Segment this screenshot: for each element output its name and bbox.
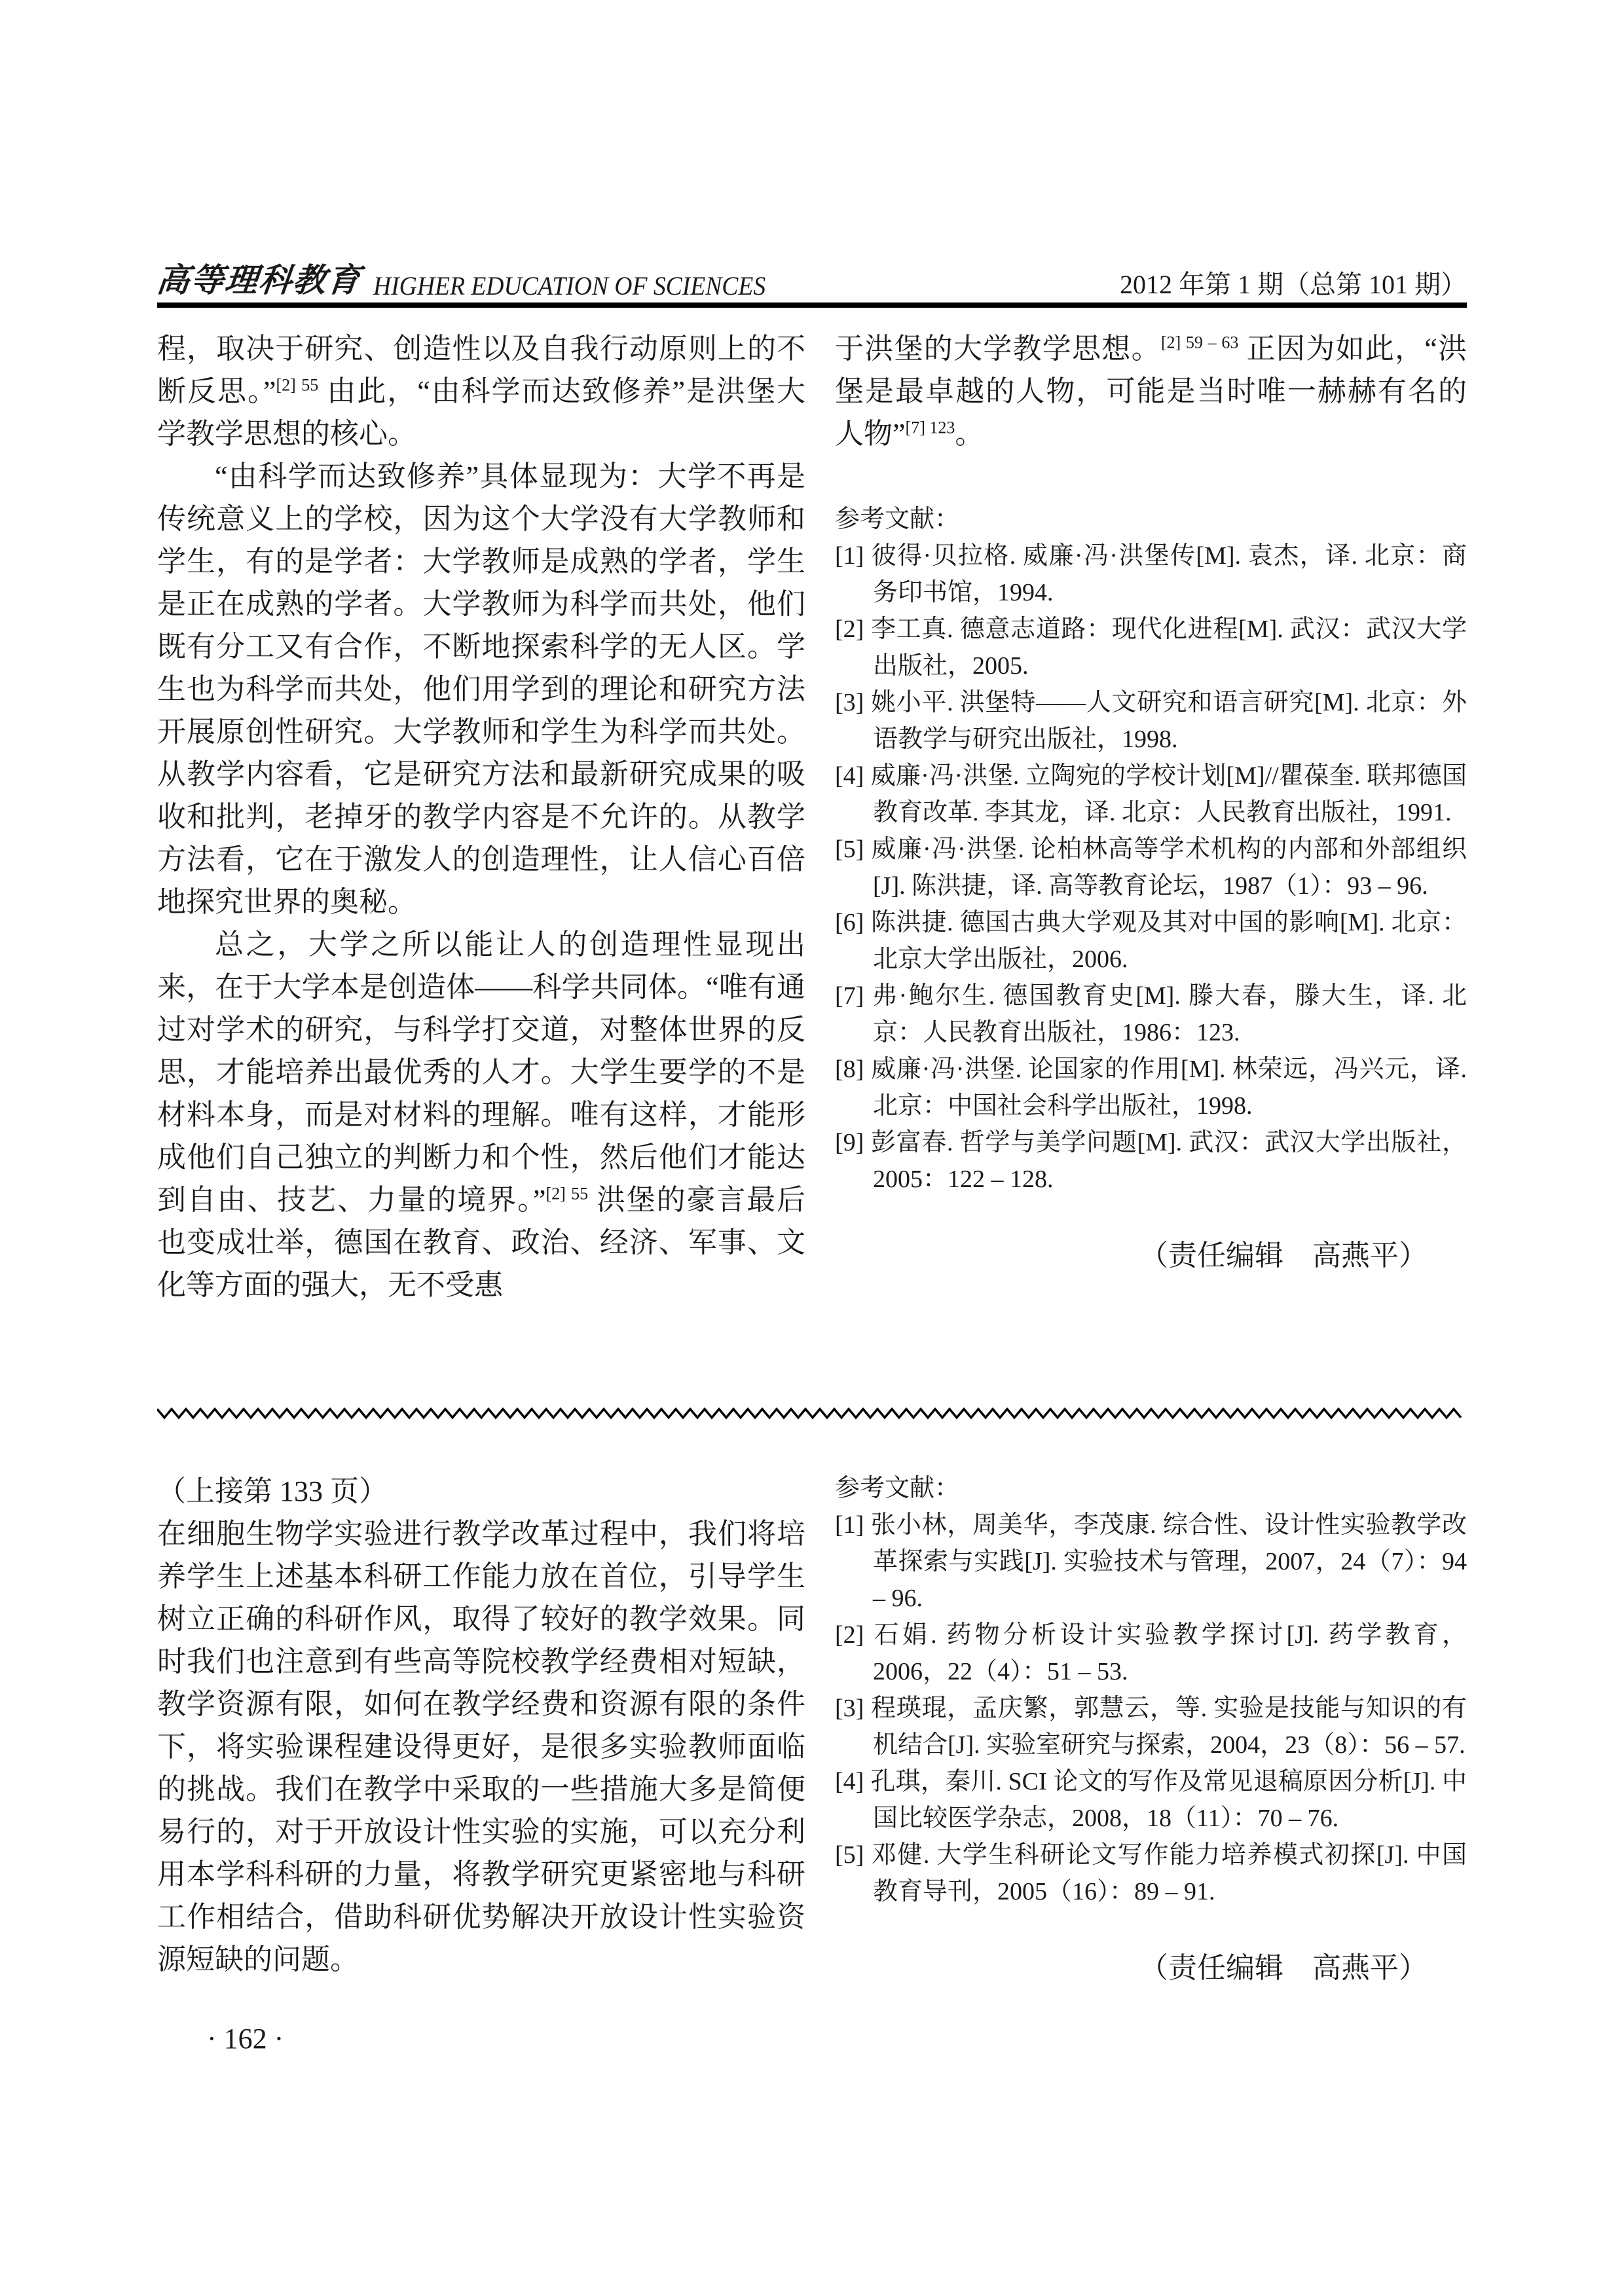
reference-item: [5]威廉·冯·洪堡. 论柏林高等学术机构的内部和外部组织[J]. 陈洪捷，译.… — [835, 831, 1467, 904]
reference-item: [9]彭富春. 哲学与美学问题[M]. 武汉：武汉大学出版社，2005：122 … — [835, 1124, 1467, 1198]
reference-item: [1]张小林，周美华，李茂康. 综合性、设计性实验教学改革探索与实践[J]. 实… — [835, 1507, 1467, 1617]
reference-item: [4]威廉·冯·洪堡. 立陶宛的学校计划[M]//瞿葆奎. 联邦德国教育改革. … — [835, 758, 1467, 831]
journal-brand: 高等理科教育 HIGHER EDUCATION OF SCIENCES — [157, 254, 790, 301]
wavy-divider — [157, 1406, 1467, 1422]
lower-article: （上接第 133 页） 在细胞生物学实验进行教学改革过程中，我们将培养学生上述基… — [157, 1470, 1467, 1989]
editor-note: （责任编辑 高燕平） — [835, 1234, 1467, 1277]
issue-info: 2012 年第 1 期（总第 101 期） — [1120, 264, 1467, 301]
reference-label: [2] — [835, 1621, 870, 1649]
reference-label: [3] — [835, 1695, 870, 1722]
upper-right-text: 于洪堡的大学教学思想。[2] 59 – 63 正因为如此，“洪堡是最卓越的人物，… — [835, 327, 1467, 455]
upper-right-column: 于洪堡的大学教学思想。[2] 59 – 63 正因为如此，“洪堡是最卓越的人物，… — [835, 327, 1467, 1306]
reference-item: [6]陈洪捷. 德国古典大学观及其对中国的影响[M]. 北京：北京大学出版社，2… — [835, 904, 1467, 978]
reference-item: [8]威廉·冯·洪堡. 论国家的作用[M]. 林荣远，冯兴元，译. 北京：中国社… — [835, 1051, 1467, 1124]
reference-item: [4]孔琪，秦川. SCI 论文的写作及常见退稿原因分析[J]. 中国比较医学杂… — [835, 1763, 1467, 1837]
zigzag-line-graphic — [157, 1406, 1467, 1422]
editor-note: （责任编辑 高燕平） — [835, 1947, 1467, 1989]
reference-item: [3]姚小平. 洪堡特——人文研究和语言研究[M]. 北京：外语教学与研究出版社… — [835, 684, 1467, 758]
lower-right-column: 参考文献： [1]张小林，周美华，李茂康. 综合性、设计性实验教学改革探索与实践… — [835, 1470, 1467, 1989]
reference-item: [1]彼得·贝拉格. 威廉·冯·洪堡传[M]. 袁杰，译. 北京：商务印书馆，1… — [835, 538, 1467, 611]
upper-article: 程，取决于研究、创造性以及自我行动原则上的不断反思。”[2] 55 由此，“由科… — [157, 327, 1467, 1306]
reference-label: [4] — [835, 762, 870, 790]
reference-label: [9] — [835, 1129, 870, 1156]
paragraph: 总之，大学之所以能让人的创造理性显现出来，在于大学本是创造体——科学共同体。“唯… — [157, 923, 805, 1306]
reference-item: [2]石娟. 药物分析设计实验教学探讨[J]. 药学教育，2006，22（4）：… — [835, 1617, 1467, 1690]
reference-label: [5] — [835, 1841, 870, 1869]
upper-references-block: 参考文献： [1]彼得·贝拉格. 威廉·冯·洪堡传[M]. 袁杰，译. 北京：商… — [835, 501, 1467, 1277]
citation-superscript: [2] 55 — [545, 1184, 588, 1203]
reference-label: [6] — [835, 909, 870, 936]
paragraph: 在细胞生物学实验进行教学改革过程中，我们将培养学生上述基本科研工作能力放在首位，… — [157, 1513, 805, 1981]
references-title: 参考文献： — [835, 1470, 1467, 1507]
upper-left-column: 程，取决于研究、创造性以及自我行动原则上的不断反思。”[2] 55 由此，“由科… — [157, 327, 805, 1306]
journal-page: 高等理科教育 HIGHER EDUCATION OF SCIENCES 2012… — [0, 0, 1624, 2295]
citation-superscript: [7] 123 — [906, 418, 955, 437]
page-number: · 162 · — [207, 2022, 284, 2055]
reference-label: [4] — [835, 1768, 870, 1795]
lower-left-text: 在细胞生物学实验进行教学改革过程中，我们将培养学生上述基本科研工作能力放在首位，… — [157, 1513, 805, 1981]
paragraph: 程，取决于研究、创造性以及自我行动原则上的不断反思。”[2] 55 由此，“由科… — [157, 327, 805, 455]
paragraph: “由科学而达致修养”具体显现为：大学不再是传统意义上的学校，因为这个大学没有大学… — [157, 455, 805, 923]
reference-label: [8] — [835, 1056, 870, 1083]
citation-superscript: [2] 55 — [276, 375, 318, 394]
citation-superscript: [2] 59 – 63 — [1161, 333, 1239, 352]
continued-from-note: （上接第 133 页） — [157, 1470, 805, 1513]
paragraph: 于洪堡的大学教学思想。[2] 59 – 63 正因为如此，“洪堡是最卓越的人物，… — [835, 327, 1467, 455]
references-title: 参考文献： — [835, 501, 1467, 538]
lower-left-column: （上接第 133 页） 在细胞生物学实验进行教学改革过程中，我们将培养学生上述基… — [157, 1470, 805, 1989]
page-header: 高等理科教育 HIGHER EDUCATION OF SCIENCES 2012… — [157, 254, 1467, 301]
reference-label: [3] — [835, 689, 870, 716]
reference-label: [1] — [835, 542, 870, 570]
reference-label: [1] — [835, 1511, 870, 1539]
upper-left-text: 程，取决于研究、创造性以及自我行动原则上的不断反思。”[2] 55 由此，“由科… — [157, 327, 805, 1306]
journal-title-english: HIGHER EDUCATION OF SCIENCES — [373, 270, 766, 301]
upper-references-list: [1]彼得·贝拉格. 威廉·冯·洪堡传[M]. 袁杰，译. 北京：商务印书馆，1… — [835, 538, 1467, 1198]
header-rule — [157, 303, 1467, 308]
reference-label: [7] — [835, 982, 870, 1010]
reference-label: [2] — [835, 615, 870, 643]
journal-logo-chinese: 高等理科教育 — [155, 254, 364, 301]
lower-references-list: [1]张小林，周美华，李茂康. 综合性、设计性实验教学改革探索与实践[J]. 实… — [835, 1507, 1467, 1910]
reference-item: [3]程瑛琨，孟庆繁，郭慧云，等. 实验是技能与知识的有机结合[J]. 实验室研… — [835, 1690, 1467, 1763]
reference-label: [5] — [835, 835, 870, 863]
reference-item: [5]邓健. 大学生科研论文写作能力培养模式初探[J]. 中国教育导刊，2005… — [835, 1837, 1467, 1910]
reference-item: [2]李工真. 德意志道路：现代化进程[M]. 武汉：武汉大学出版社，2005. — [835, 611, 1467, 684]
reference-item: [7]弗·鲍尔生. 德国教育史[M]. 滕大春，滕大生，译. 北京：人民教育出版… — [835, 978, 1467, 1051]
